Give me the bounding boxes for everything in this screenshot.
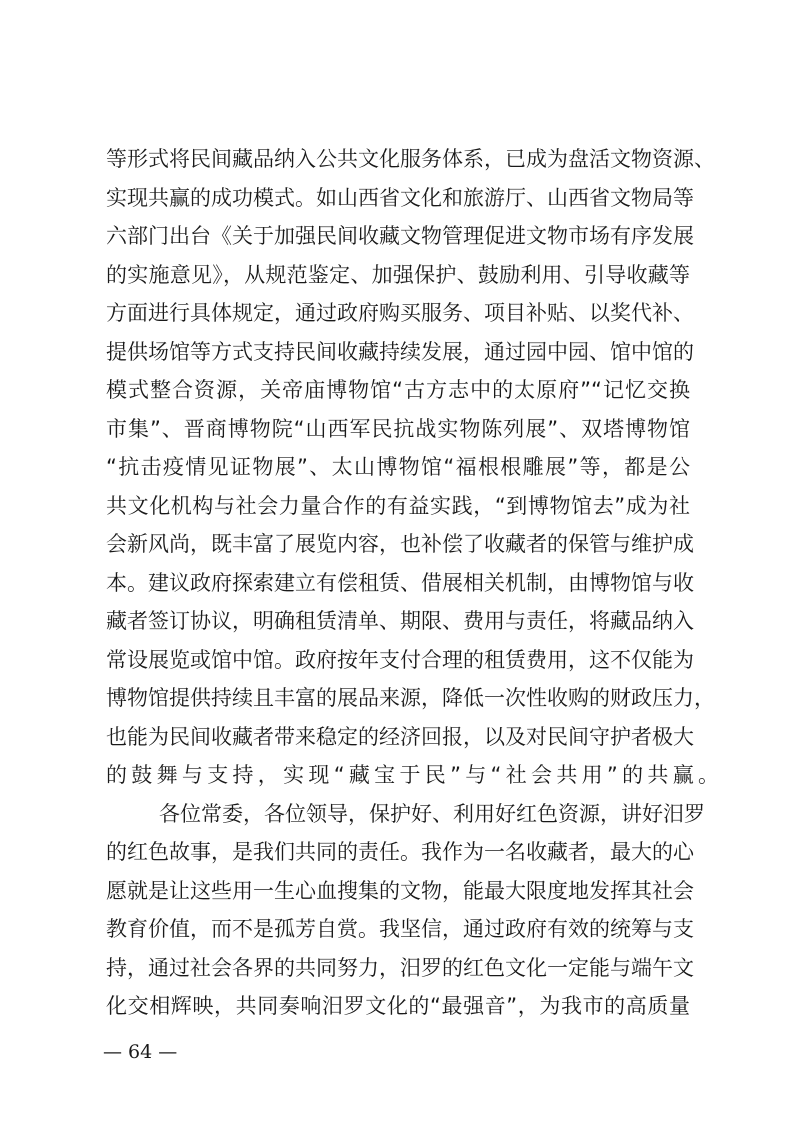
text-line: 的实施意见》，从规范鉴定、加强保护、鼓励利用、引导收藏等	[106, 256, 690, 295]
text-line: 博物馆提供持续且丰富的展品来源，降低一次性收购的财政压力，	[106, 679, 690, 718]
text-line: 方面进行具体规定，通过政府购买服务、项目补贴、以奖代补、	[106, 294, 690, 333]
text-line: 常设展览或馆中馆。政府按年支付合理的租赁费用，这不仅能为	[106, 641, 690, 680]
text-line: 提供场馆等方式支持民间收藏持续发展，通过园中园、馆中馆的	[106, 333, 690, 372]
text-line: 也能为民间收藏者带来稳定的经济回报，以及对民间守护者极大	[106, 718, 690, 757]
document-page: 等形式将民间藏品纳入公共文化服务体系，已成为盘活文物资源、 实现共赢的成功模式。…	[0, 0, 793, 1122]
text-line: 的鼓舞与支持，实现“藏宝于民”与“社会共用”的共赢。	[106, 756, 690, 795]
text-line: 各位常委，各位领导，保护好、利用好红色资源，讲好汨罗	[106, 795, 690, 834]
text-line: 共文化机构与社会力量合作的有益实践，“到博物馆去”成为社	[106, 487, 690, 526]
text-line: 的红色故事，是我们共同的责任。我作为一名收藏者，最大的心	[106, 833, 690, 872]
text-line: 教育价值，而不是孤芳自赏。我坚信，通过政府有效的统筹与支	[106, 910, 690, 949]
text-line: 实现共赢的成功模式。如山西省文化和旅游厅、山西省文物局等	[106, 179, 690, 218]
text-line: 六部门出台《关于加强民间收藏文物管理促进文物市场有序发展	[106, 217, 690, 256]
text-line: 持，通过社会各界的共同努力，汨罗的红色文化一定能与端午文	[106, 949, 690, 988]
page-number: — 64 —	[103, 1040, 177, 1064]
text-line: 化交相辉映，共同奏响汨罗文化的“最强音”，为我市的高质量	[106, 987, 690, 1026]
text-line: 模式整合资源，关帝庙博物馆“古方志中的太原府”“记忆交换	[106, 371, 690, 410]
body-text: 等形式将民间藏品纳入公共文化服务体系，已成为盘活文物资源、 实现共赢的成功模式。…	[106, 140, 690, 1026]
text-line: 愿就是让这些用一生心血搜集的文物，能最大限度地发挥其社会	[106, 872, 690, 911]
text-line: “抗击疫情见证物展”、太山博物馆“福根根雕展”等，都是公	[106, 448, 690, 487]
text-line: 本。建议政府探索建立有偿租赁、借展相关机制，由博物馆与收	[106, 564, 690, 603]
text-line: 等形式将民间藏品纳入公共文化服务体系，已成为盘活文物资源、	[106, 140, 690, 179]
text-line: 市集”、晋商博物院“山西军民抗战实物陈列展”、双塔博物馆	[106, 410, 690, 449]
text-line: 藏者签订协议，明确租赁清单、期限、费用与责任，将藏品纳入	[106, 602, 690, 641]
text-line: 会新风尚，既丰富了展览内容，也补偿了收藏者的保管与维护成	[106, 525, 690, 564]
